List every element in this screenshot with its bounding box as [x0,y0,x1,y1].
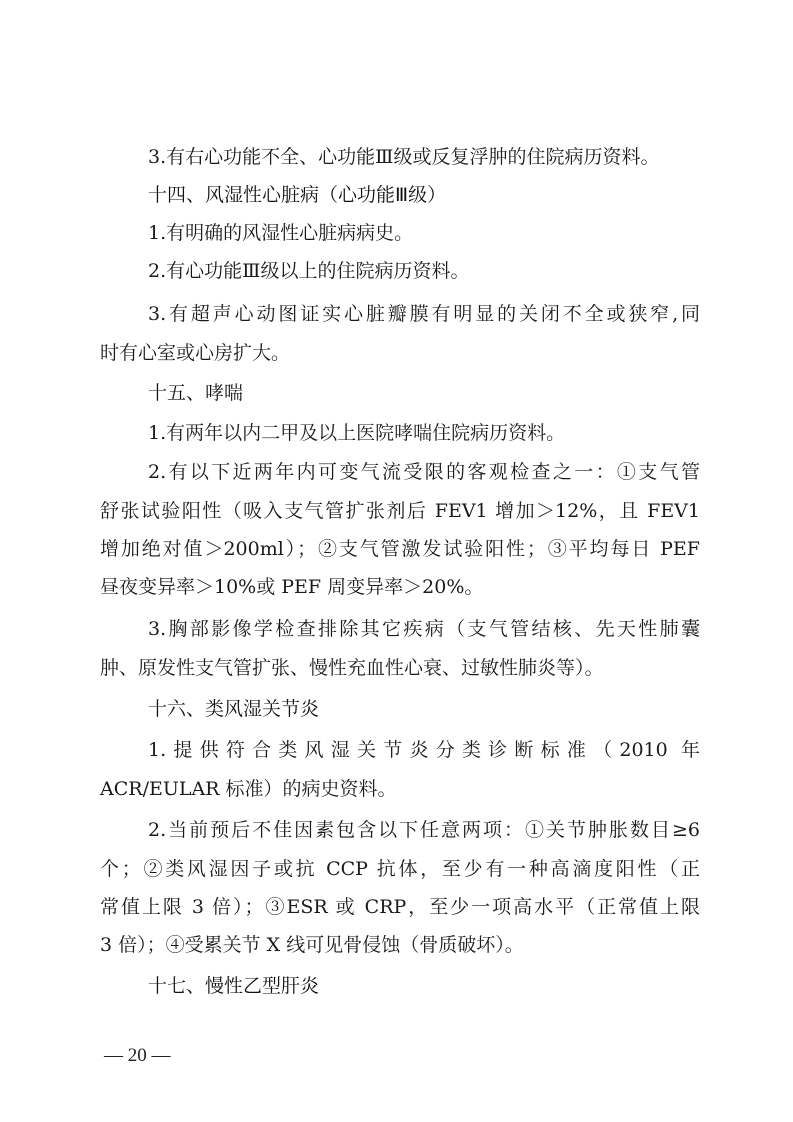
paragraph-line: 舒张试验阳性（吸入支气管扩张剂后 FEV1 增加＞12%，且 FEV1 [100,499,700,523]
paragraph-line: 2.当前预后不佳因素包含以下任意两项：①关节肿胀数目≥6 [148,818,700,842]
paragraph-line: 3 倍）；④受累关节 X 线可见骨侵蚀（骨质破坏）。 [100,933,524,957]
paragraph-line: 1.提供符合类风湿关节炎分类诊断标准（2010 年 [148,738,700,762]
paragraph-line: 2.有以下近两年内可变气流受限的客观检查之一：①支气管 [148,460,700,484]
paragraph-line: 3.有超声心动图证实心脏瓣膜有明显的关闭不全或狭窄,同 [148,302,700,326]
paragraph-line: 增加绝对值＞200ml）；②支气管激发试验阳性；③平均每日 PEF [100,537,700,561]
document-page: 3.有右心功能不全、心功能Ⅲ级或反复浮肿的住院病历资料。 十四、风湿性心脏病（心… [0,0,793,1122]
paragraph-line: ACR/EULAR 标准）的病史资料。 [100,777,397,801]
section-heading-16: 十六、类风湿关节炎 [148,697,319,721]
section-heading-17: 十七、慢性乙型肝炎 [148,974,319,998]
paragraph-line: 个；②类风湿因子或抗 CCP 抗体，至少有一种高滴度阳性（正 [100,857,700,881]
paragraph-line: 3.胸部影像学检查排除其它疾病（支气管结核、先天性肺囊 [148,617,700,641]
paragraph-line: 肿、原发性支气管扩张、慢性充血性心衰、过敏性肺炎等）。 [100,656,604,680]
paragraph-line: 3.有右心功能不全、心功能Ⅲ级或反复浮肿的住院病历资料。 [148,145,659,169]
section-heading-15: 十五、哮喘 [148,381,243,405]
paragraph-line: 1.有明确的风湿性心脏病病史。 [148,221,413,245]
page-number: — 20 — [104,1045,171,1067]
paragraph-line: 1.有两年以内二甲及以上医院哮喘住院病历资料。 [148,421,565,445]
section-heading-14: 十四、风湿性心脏病（心功能Ⅲ级） [148,183,446,207]
paragraph-line: 常值上限 3 倍）；③ESR 或 CRP，至少一项高水平（正常值上限 [100,895,700,919]
paragraph-line: 2.有心功能Ⅲ级以上的住院病历资料。 [148,259,469,283]
paragraph-line: 时有心室或心房扩大。 [100,341,290,365]
paragraph-line: 昼夜变异率＞10%或 PEF 周变异率＞20%。 [100,575,483,599]
